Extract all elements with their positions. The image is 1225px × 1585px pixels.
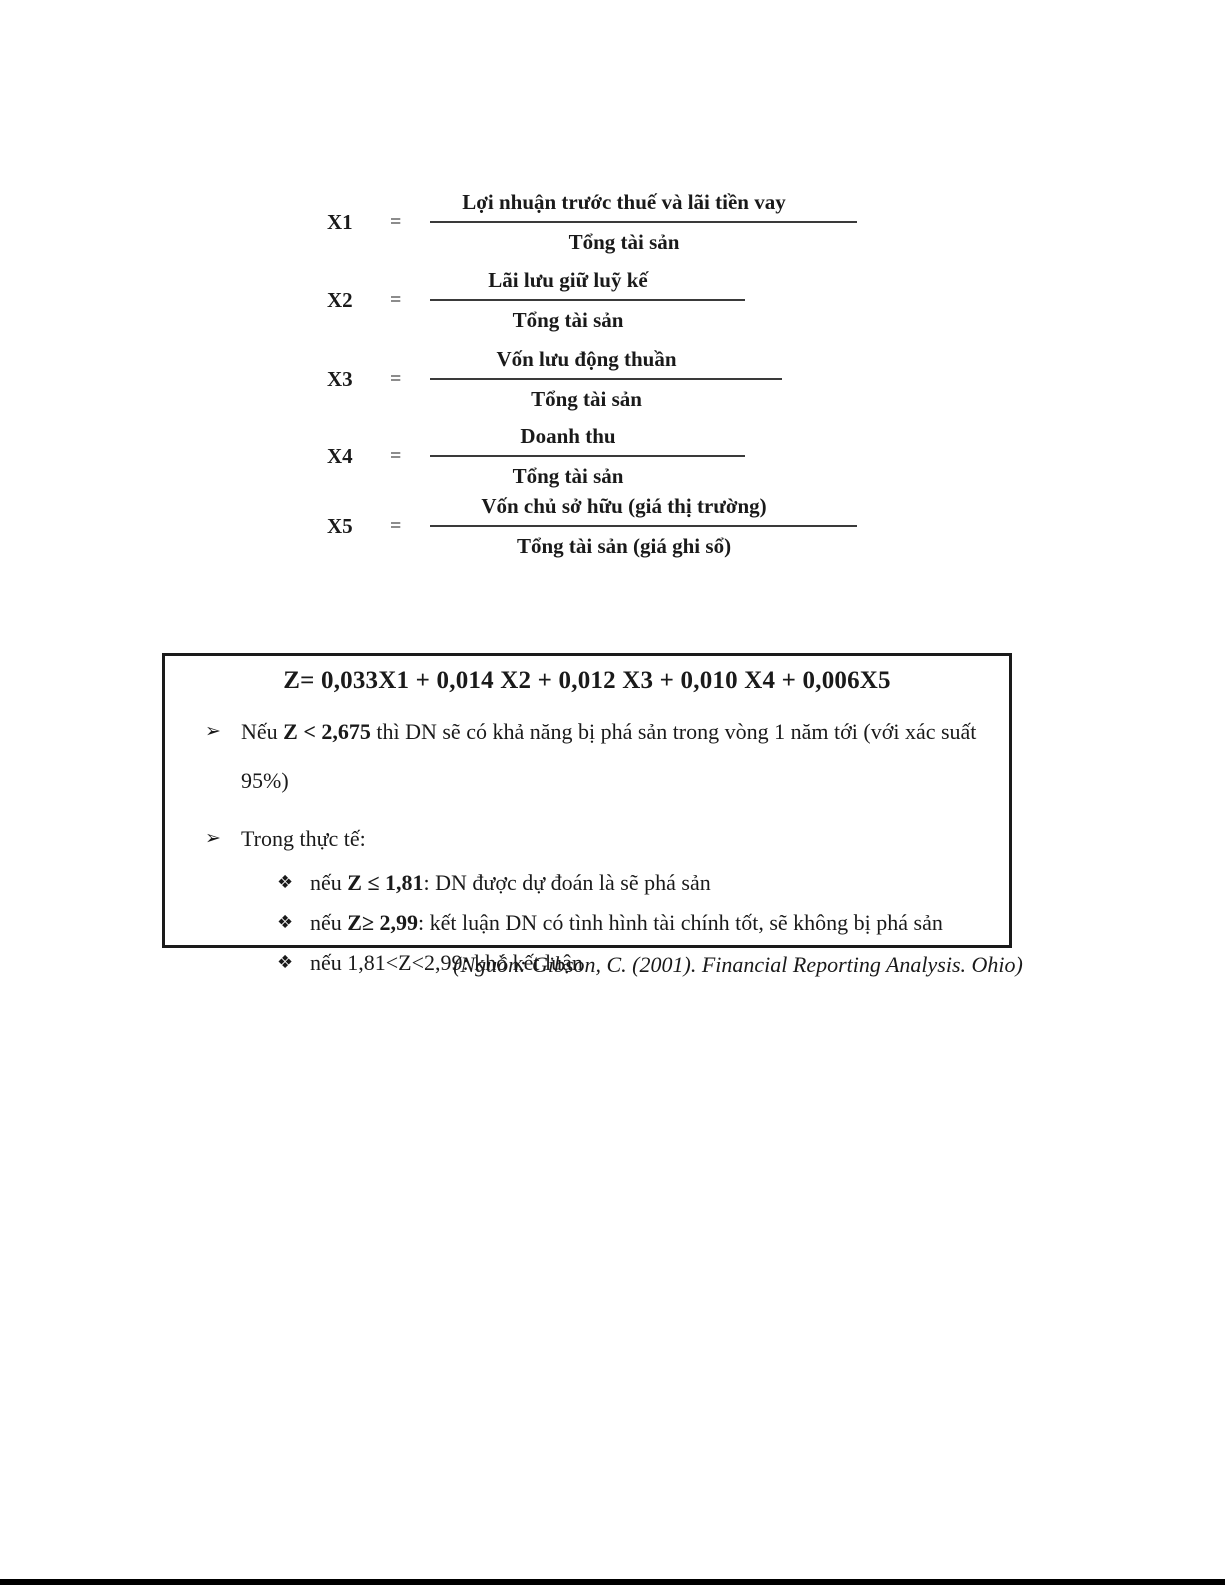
formula-label: X3 [327,367,390,392]
fraction-numerator: Vốn lưu động thuần [430,344,782,380]
document-page: X1 = Lợi nhuận trước thuế và lãi tiền va… [0,0,1225,1585]
equals-sign: = [390,515,430,538]
equals-sign: = [390,211,430,234]
bullet-text: nếu Z≥ 2,99: kết luận DN có tình hình tà… [310,903,943,943]
fraction: Vốn lưu động thuần Tổng tài sản [430,344,782,414]
diamond-bullet-icon: ❖ [277,863,310,903]
formula-row-x4: X4 = Doanh thu Tổng tài sản [327,421,745,491]
fraction-denominator: Tổng tài sản (giá ghi sổ) [430,527,857,561]
arrow-bullet-icon: ➢ [205,707,241,756]
formula-row-x3: X3 = Vốn lưu động thuần Tổng tài sản [327,344,782,414]
fraction-denominator: Tổng tài sản [430,380,782,414]
formula-label: X4 [327,444,390,469]
fraction-numerator: Lợi nhuận trước thuế và lãi tiền vay [430,187,857,223]
bullet-text: nếu Z ≤ 1,81: DN được dự đoán là sẽ phá … [310,863,711,903]
fraction-numerator: Lãi lưu giữ luỹ kế [430,265,745,301]
z-box-sub-bullet: ❖ nếu Z ≤ 1,81: DN được dự đoán là sẽ ph… [277,863,1009,903]
fraction-denominator: Tổng tài sản [430,301,745,335]
fraction-numerator: Vốn chủ sở hữu (giá thị trường) [430,491,857,527]
z-box-bullet: ➢ Trong thực tế: [205,814,1009,863]
fraction: Vốn chủ sở hữu (giá thị trường) Tổng tài… [430,491,857,561]
formula-row-x1: X1 = Lợi nhuận trước thuế và lãi tiền va… [327,187,857,257]
diamond-bullet-icon: ❖ [277,903,310,943]
equals-sign: = [390,368,430,391]
formula-row-x2: X2 = Lãi lưu giữ luỹ kế Tổng tài sản [327,265,745,335]
z-score-box: Z= 0,033X1 + 0,014 X2 + 0,012 X3 + 0,010… [162,653,1012,948]
arrow-bullet-icon: ➢ [205,814,241,863]
equals-sign: = [390,445,430,468]
diamond-bullet-icon: ❖ [277,943,310,983]
formula-label: X1 [327,210,390,235]
page-bottom-border [0,1579,1225,1585]
fraction-denominator: Tổng tài sản [430,457,745,491]
fraction: Lợi nhuận trước thuế và lãi tiền vay Tổn… [430,187,857,257]
bullet-text: Trong thực tế: [241,814,1003,863]
source-citation: (Nguồn: Gibson, C. (2001). Financial Rep… [438,950,1038,980]
fraction-numerator: Doanh thu [430,421,745,457]
z-score-formula: Z= 0,033X1 + 0,014 X2 + 0,012 X3 + 0,010… [165,664,1009,698]
fraction: Doanh thu Tổng tài sản [430,421,745,491]
formula-label: X2 [327,288,390,313]
bullet-text: Nếu Z < 2,675 thì DN sẽ có khả năng bị p… [241,707,1003,805]
fraction: Lãi lưu giữ luỹ kế Tổng tài sản [430,265,745,335]
z-box-sub-bullet: ❖ nếu Z≥ 2,99: kết luận DN có tình hình … [277,903,1009,943]
z-box-bullet: ➢ Nếu Z < 2,675 thì DN sẽ có khả năng bị… [205,707,1009,805]
equals-sign: = [390,289,430,312]
formula-label: X5 [327,514,390,539]
formula-row-x5: X5 = Vốn chủ sở hữu (giá thị trường) Tổn… [327,491,857,561]
fraction-denominator: Tổng tài sản [430,223,857,257]
